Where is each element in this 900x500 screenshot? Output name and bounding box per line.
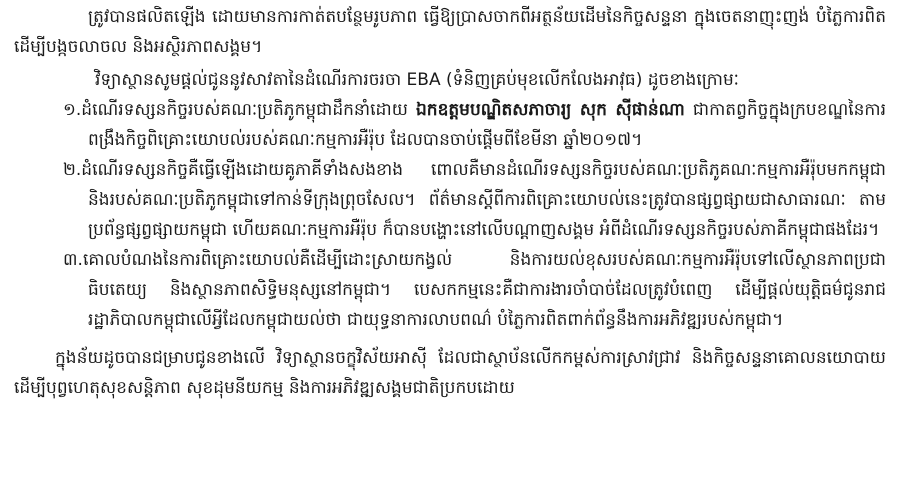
list-item-2-text: ដំណើរទស្សនកិច្ចគឺធ្វើឡើងដោយគូភាគីទាំងសងខ…	[81, 160, 886, 240]
list-item-3: ៣.គោលបំណងនៃការពិគ្រោះយោបល់គឺដើម្បីដោះស្រ…	[63, 245, 886, 335]
list-item-3-text: គោលបំណងនៃការពិគ្រោះយោបល់គឺដើម្បីដោះស្រាយ…	[83, 250, 886, 330]
list-item-2-number: ២.	[63, 160, 81, 180]
list-item-1-text-before-bold: ដំណើរទស្សនកិច្ចរបស់គណៈប្រតិភូកម្ពុជាដឹកន…	[81, 100, 416, 120]
numbered-list: ១.ដំណើរទស្សនកិច្ចរបស់គណៈប្រតិភូកម្ពុជាដឹ…	[14, 95, 886, 335]
list-item-1: ១.ដំណើរទស្សនកិច្ចរបស់គណៈប្រតិភូកម្ពុជាដឹ…	[63, 95, 886, 155]
paragraph-continuation: ត្រូវបានផលិតឡើង ដោយមានការកាត់តបន្ថែមរូបភ…	[14, 2, 886, 62]
dignitary-name-bold: ឯកឧត្តមបណ្ឌិតសភាចារ្យ សុក ស៊ីផាន់ណា	[416, 100, 685, 120]
final-paragraph: ក្នុងន័យដូចបានជម្រាបជូនខាងលើ វិទ្យាស្ថាន…	[14, 343, 886, 403]
intro-line: វិទ្យាស្ថានសូមផ្តល់ជូននូវសាវតានៃដំណើរការ…	[14, 65, 886, 95]
list-item-1-number: ១.	[63, 100, 81, 120]
document-page: ត្រូវបានផលិតឡើង ដោយមានការកាត់តបន្ថែមរូបភ…	[0, 0, 900, 500]
list-item-3-number: ៣.	[63, 250, 83, 270]
list-item-2: ២.ដំណើរទស្សនកិច្ចគឺធ្វើឡើងដោយគូភាគីទាំងស…	[63, 155, 886, 245]
